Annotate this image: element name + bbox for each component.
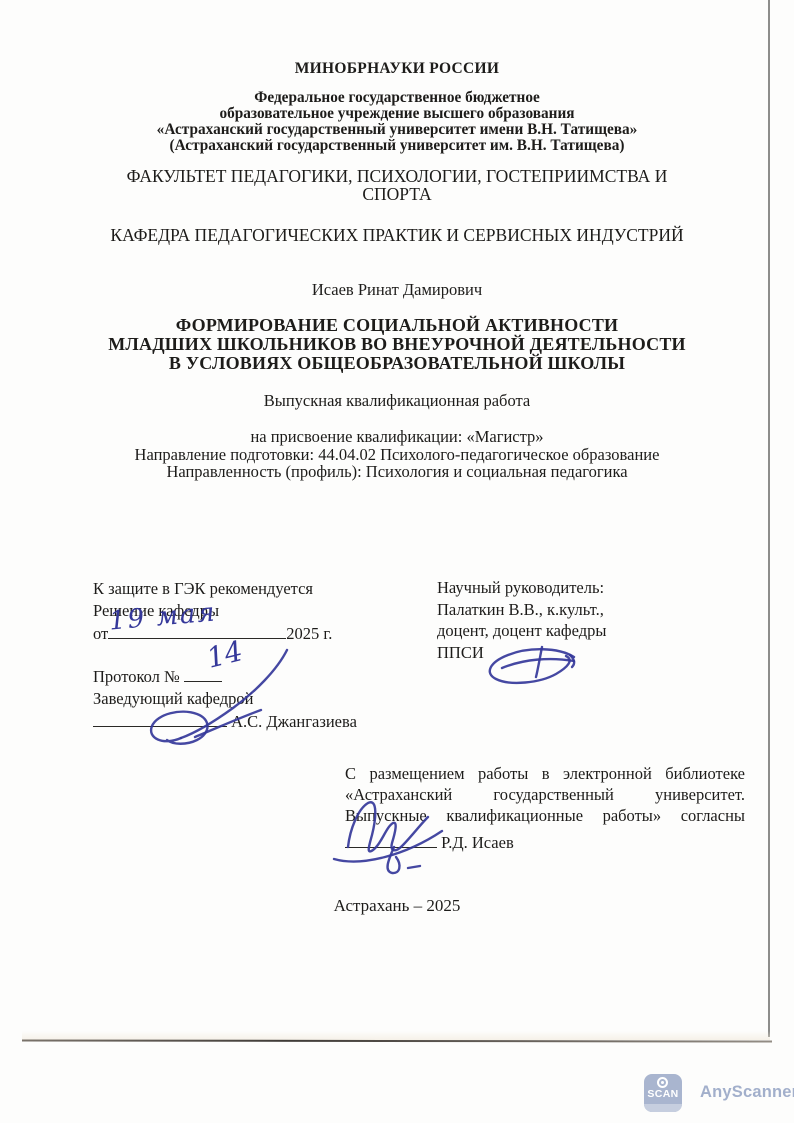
author-name: Исаев Ринат Дамирович [0, 280, 794, 300]
department-name: КАФЕДРА ПЕДАГОГИЧЕСКИХ ПРАКТИК И СЕРВИСН… [0, 225, 794, 246]
supervisor-line: Палаткин В.В., к.культ., [437, 599, 687, 621]
thesis-title: ФОРМИРОВАНИЕ СОЦИАЛЬНОЙ АКТИВНОСТИ МЛАДШ… [0, 316, 794, 373]
qualification-line: Направление подготовки: 44.04.02 Психоло… [0, 446, 794, 464]
qualification-line: Направленность (профиль): Психология и с… [0, 463, 794, 481]
supervisor-line: доцент, доцент кафедры [437, 620, 687, 642]
qualification-line: на присвоение квалификации: «Магистр» [0, 428, 794, 446]
city-year: Астрахань – 2025 [0, 896, 794, 916]
ministry-header: МИНОБРНАУКИ РОССИИ [0, 60, 794, 78]
supervisor-line: Научный руководитель: [437, 577, 687, 599]
thesis-title-line: МЛАДШИХ ШКОЛЬНИКОВ ВО ВНЕУРОЧНОЙ ДЕЯТЕЛЬ… [0, 335, 794, 354]
scanned-thesis-title-page: МИНОБРНАУКИ РОССИИ Федеральное государст… [0, 0, 794, 1123]
head-of-department-signature [137, 648, 307, 750]
handwritten-date: 19 мая [108, 601, 217, 632]
camera-lens-dot [661, 1081, 664, 1084]
supervisor-signature [484, 643, 584, 689]
institution-line: (Астраханский государственный университе… [0, 138, 794, 154]
date-suffix: 2025 г. [286, 624, 332, 643]
student-name: Р.Д. Исаев [441, 833, 514, 852]
institution-line: «Астраханский государственный университе… [0, 122, 794, 138]
thesis-type: Выпускная квалификационная работа [0, 391, 794, 411]
faculty-name: ФАКУЛЬТЕТ ПЕДАГОГИКИ, ПСИХОЛОГИИ, ГОСТЕП… [0, 168, 794, 203]
anyscanner-wordmark: AnyScanner [700, 1083, 794, 1102]
faculty-line: ФАКУЛЬТЕТ ПЕДАГОГИКИ, ПСИХОЛОГИИ, ГОСТЕП… [0, 168, 794, 186]
scan-badge-strip [644, 1104, 682, 1112]
scan-page-bottom-edge [22, 1039, 772, 1042]
student-signature [332, 795, 450, 875]
institution-line: Федеральное государственное бюджетное [0, 90, 794, 106]
scan-badge-label: SCAN [644, 1088, 682, 1100]
institution-block: Федеральное государственное бюджетное об… [0, 90, 794, 154]
institution-line: образовательное учреждение высшего образ… [0, 106, 794, 122]
faculty-line: СПОРТА [0, 186, 794, 204]
qualification-block: на присвоение квалификации: «Магистр» На… [0, 428, 794, 481]
approval-line: К защите в ГЭК рекомендуется [93, 578, 383, 600]
thesis-title-line: ФОРМИРОВАНИЕ СОЦИАЛЬНОЙ АКТИВНОСТИ [0, 316, 794, 335]
anyscanner-icon: SCAN [644, 1074, 682, 1112]
thesis-title-line: В УСЛОВИЯХ ОБЩЕОБРАЗОВАТЕЛЬНОЙ ШКОЛЫ [0, 354, 794, 373]
consent-line: С размещением работы в электронной библи… [345, 763, 745, 784]
scan-page-right-edge [768, 0, 770, 1037]
date-prefix: от [93, 624, 108, 643]
